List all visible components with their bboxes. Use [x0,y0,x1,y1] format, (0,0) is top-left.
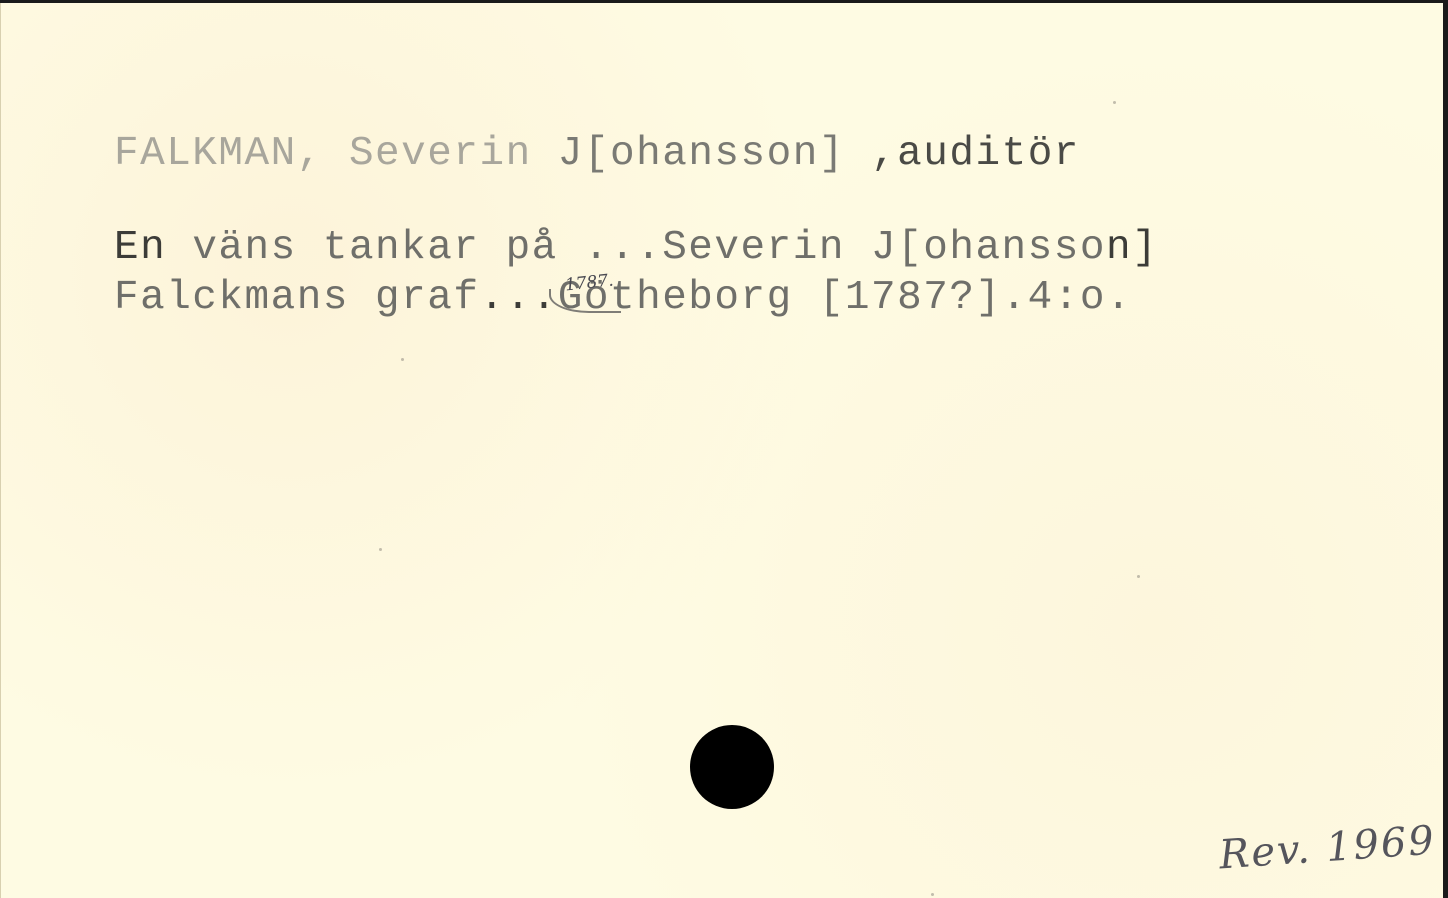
heading-patronymic-close: ] [819,131,845,177]
handwritten-revision-note: Rev. 1969 [1218,817,1438,878]
title-line-1: En väns tankar på ...Severin J[ohansson] [114,225,1158,271]
title-line-2: Falckmans graf...Götheborg [1787?].4:o. [114,275,1132,321]
paper-speck [401,358,404,361]
paper-speck [1113,101,1116,104]
paper-speck [931,893,934,896]
heading-title: ,auditör [871,131,1080,177]
punch-hole [690,725,774,809]
heading-patronymic-open: J[ [558,131,610,177]
card-heading: FALKMAN, Severin J[ohansson] ,auditör [114,131,1080,177]
paper-speck [379,548,382,551]
title-line-1-end: n] [1106,225,1158,271]
title-line-2-ellipsis: ... [479,275,557,321]
catalog-card: FALKMAN, Severin J[ohansson] ,auditör En… [0,3,1443,898]
title-line-2-rest: Götheborg [1787?].4:o. [558,275,1132,321]
heading-given-name: Severin [349,131,532,177]
heading-patronymic: ohansson [610,131,819,177]
paper-speck [1137,575,1140,578]
title-line-1-text: väns tankar på ...Severin J[ohansso [166,225,1106,271]
title-line-2-text: Falckmans graf [114,275,479,321]
title-line-1-start: En [114,225,166,271]
heading-surname: FALKMAN, [114,131,323,177]
